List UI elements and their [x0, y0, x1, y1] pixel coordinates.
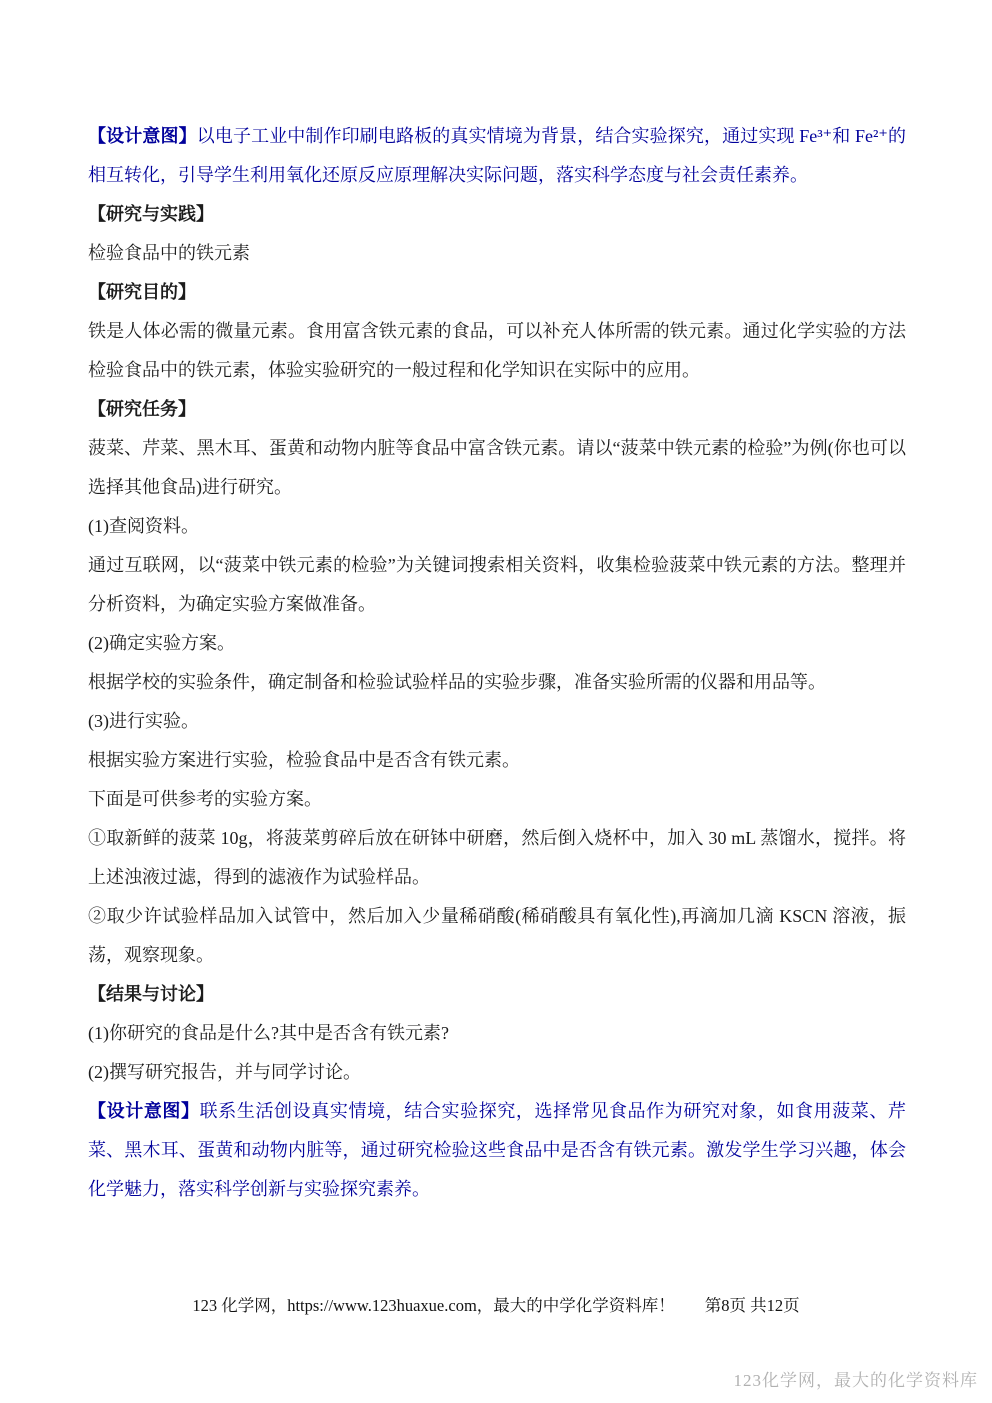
footer-site-info: 123 化学网，https://www.123huaxue.com，最大的中学化… — [192, 1296, 674, 1315]
footer-page-number: 第8页 共12页 — [705, 1296, 800, 1315]
research-task-paragraph: 菠菜、芹菜、黑木耳、蛋黄和动物内脏等食品中富含铁元素。请以“菠菜中铁元素的检验”… — [88, 429, 906, 507]
plan-item-1-paragraph: ①取新鲜的菠菜 10g，将菠菜剪碎后放在研钵中研磨，然后倒入烧杯中，加入 30 … — [88, 819, 906, 897]
paragraph-text: 以电子工业中制作印刷电路板的真实情境为背景，结合实验探究，通过实现 Fe³⁺和 … — [88, 126, 906, 185]
research-topic-paragraph: 检验食品中的铁元素 — [88, 234, 906, 273]
design-intent-paragraph-2: 【设计意图】联系生活创设真实情境，结合实验探究，选择常见食品作为研究对象，如食用… — [88, 1092, 906, 1209]
paragraph-text: (1)查阅资料。 — [88, 516, 199, 536]
research-purpose-paragraph: 铁是人体必需的微量元素。食用富含铁元素的食品，可以补充人体所需的铁元素。通过化学… — [88, 312, 906, 390]
step-2-title-paragraph: (2)确定实验方案。 — [88, 624, 906, 663]
paragraph-text: 下面是可供参考的实验方案。 — [88, 789, 322, 809]
paragraph-text: 菠菜、芹菜、黑木耳、蛋黄和动物内脏等食品中富含铁元素。请以“菠菜中铁元素的检验”… — [88, 438, 906, 497]
paragraph-text: ②取少许试验样品加入试管中，然后加入少量稀硝酸(稀硝酸具有氧化性),再滴加几滴 … — [88, 906, 906, 965]
section-header-research-purpose: 【研究目的】 — [88, 273, 906, 312]
document-body: 【设计意图】以电子工业中制作印刷电路板的真实情境为背景，结合实验探究，通过实现 … — [88, 117, 906, 1209]
discussion-question-2-paragraph: (2)撰写研究报告，并与同学讨论。 — [88, 1053, 906, 1092]
design-intent-label: 【设计意图】 — [88, 1101, 200, 1121]
section-header-label: 【结果与讨论】 — [88, 984, 214, 1004]
section-header-label: 【研究与实践】 — [88, 204, 214, 224]
paragraph-text: 根据实验方案进行实验，检验食品中是否含有铁元素。 — [88, 750, 520, 770]
paragraph-text: 联系生活创设真实情境，结合实验探究，选择常见食品作为研究对象，如食用菠菜、芹菜、… — [88, 1101, 906, 1199]
section-header-label: 【研究任务】 — [88, 399, 196, 419]
plan-item-2-paragraph: ②取少许试验样品加入试管中，然后加入少量稀硝酸(稀硝酸具有氧化性),再滴加几滴 … — [88, 897, 906, 975]
section-header-results-discussion: 【结果与讨论】 — [88, 975, 906, 1014]
design-intent-paragraph-1: 【设计意图】以电子工业中制作印刷电路板的真实情境为背景，结合实验探究，通过实现 … — [88, 117, 906, 195]
discussion-question-1-paragraph: (1)你研究的食品是什么?其中是否含有铁元素? — [88, 1014, 906, 1053]
paragraph-text: (2)撰写研究报告，并与同学讨论。 — [88, 1062, 361, 1082]
step-3-title-paragraph: (3)进行实验。 — [88, 702, 906, 741]
paragraph-text: (2)确定实验方案。 — [88, 633, 235, 653]
paragraph-text: 通过互联网，以“菠菜中铁元素的检验”为关键词搜索相关资料，收集检验菠菜中铁元素的… — [88, 555, 906, 614]
section-header-label: 【研究目的】 — [88, 282, 196, 302]
section-header-research-practice: 【研究与实践】 — [88, 195, 906, 234]
watermark-text: 123化学网，最大的化学资料库 — [734, 1366, 979, 1391]
paragraph-text: 检验食品中的铁元素 — [88, 243, 250, 263]
paragraph-text: 铁是人体必需的微量元素。食用富含铁元素的食品，可以补充人体所需的铁元素。通过化学… — [88, 321, 906, 380]
paragraph-text: (3)进行实验。 — [88, 711, 199, 731]
paragraph-text: 根据学校的实验条件，确定制备和检验试验样品的实验步骤，准备实验所需的仪器和用品等… — [88, 672, 826, 692]
document-page: 【设计意图】以电子工业中制作印刷电路板的真实情境为背景，结合实验探究，通过实现 … — [0, 0, 992, 1403]
paragraph-text: ①取新鲜的菠菜 10g，将菠菜剪碎后放在研钵中研磨，然后倒入烧杯中，加入 30 … — [88, 828, 906, 887]
design-intent-label: 【设计意图】 — [88, 126, 197, 146]
section-header-research-task: 【研究任务】 — [88, 390, 906, 429]
reference-plan-intro-paragraph: 下面是可供参考的实验方案。 — [88, 780, 906, 819]
step-1-detail-paragraph: 通过互联网，以“菠菜中铁元素的检验”为关键词搜索相关资料，收集检验菠菜中铁元素的… — [88, 546, 906, 624]
paragraph-text: (1)你研究的食品是什么?其中是否含有铁元素? — [88, 1023, 449, 1043]
step-1-title-paragraph: (1)查阅资料。 — [88, 507, 906, 546]
step-2-detail-paragraph: 根据学校的实验条件，确定制备和检验试验样品的实验步骤，准备实验所需的仪器和用品等… — [88, 663, 906, 702]
page-footer: 123 化学网，https://www.123huaxue.com，最大的中学化… — [0, 1294, 992, 1318]
step-3-detail-paragraph: 根据实验方案进行实验，检验食品中是否含有铁元素。 — [88, 741, 906, 780]
